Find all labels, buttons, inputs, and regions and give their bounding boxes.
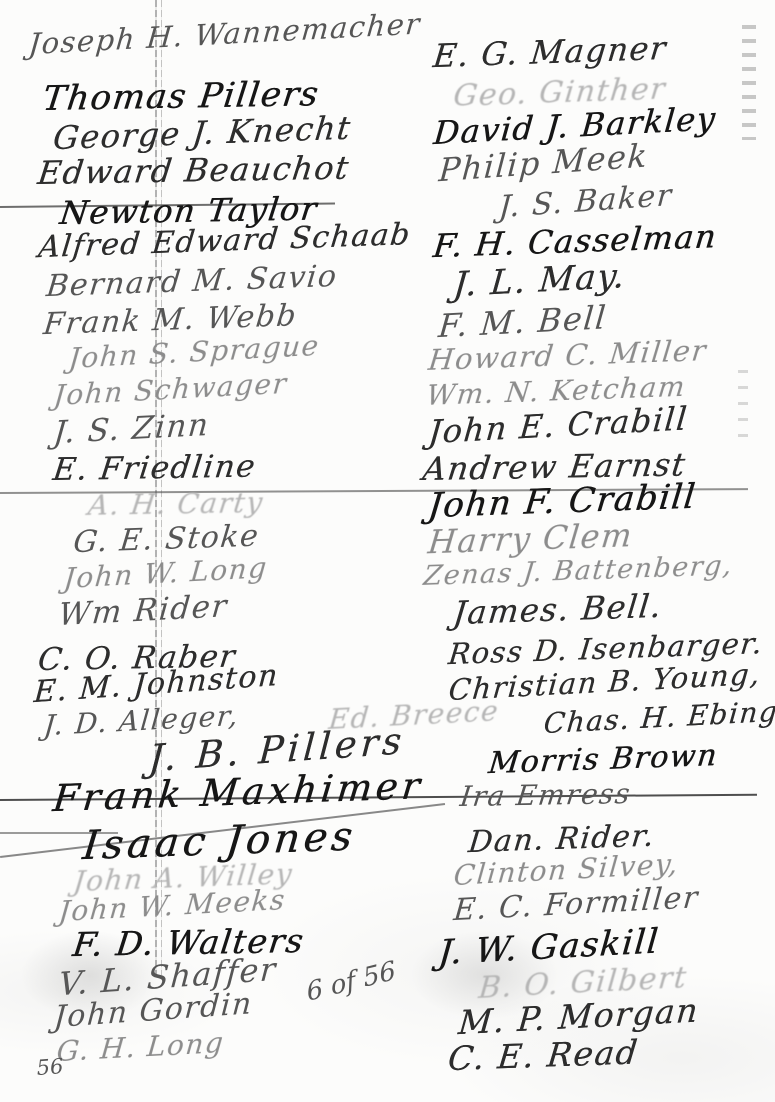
- signature-right: C. E. Read: [447, 1035, 641, 1075]
- signature-right: Morris Brown: [487, 741, 719, 779]
- signature-right: James. Bell.: [452, 590, 664, 629]
- tally-note: 6 of 56: [305, 958, 397, 1006]
- signature-left: John Schwager: [53, 370, 289, 410]
- signature-right: F. H. Casselman: [432, 220, 719, 262]
- signature-left: Wm Rider: [57, 591, 229, 631]
- signature-left: Frank Maxhimer: [51, 767, 425, 817]
- scan-speckle-right-edge: [742, 25, 756, 140]
- signature-right: M. P. Morgan: [457, 993, 700, 1039]
- signature-right: Howard C. Miller: [427, 336, 709, 375]
- signature-left: G. H. Long: [56, 1029, 226, 1066]
- signature-right: Chas. H. Ebing: [543, 698, 775, 738]
- signature-left: Bernard M. Savio: [45, 262, 339, 302]
- signature-right: F. M. Bell: [437, 301, 608, 342]
- signature-left: J. S. Zinn: [52, 410, 210, 449]
- signature-left: E. Friedline: [51, 451, 258, 486]
- scan-speckle-right-mid: [738, 370, 748, 440]
- scanned-signature-page: Joseph H. WannemacherThomas PillersGeorg…: [0, 0, 775, 1102]
- signature-left: John W. Long: [63, 554, 269, 593]
- signature-left: A. H. Carty: [87, 489, 266, 520]
- signature-right: E. G. Magner: [432, 32, 669, 72]
- signature-right: J. S. Baker: [498, 181, 674, 223]
- signature-right: Ira Emress: [459, 780, 633, 811]
- signature-left: Joseph H. Wannemacher: [27, 9, 422, 59]
- signature-left: George J. Knecht: [52, 112, 353, 155]
- signature-left: Edward Beauchot: [36, 152, 351, 190]
- signature-right: J. L. May.: [452, 259, 627, 302]
- signature-left: Isaac Jones: [81, 816, 358, 866]
- signature-right: John F. Crabill: [426, 480, 697, 524]
- corner-count: 56: [36, 1056, 64, 1079]
- signature-right: Harry Clem: [427, 519, 635, 558]
